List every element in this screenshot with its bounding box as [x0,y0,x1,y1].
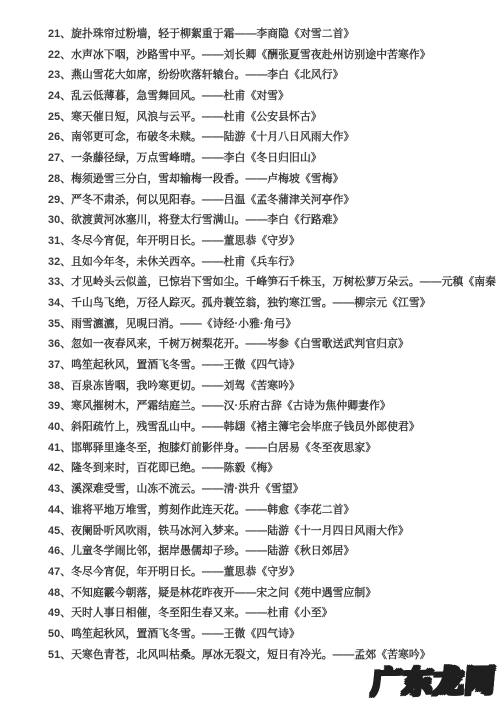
list-item: 30、欲渡黄河冰塞川，将登太行雪满山。——李白《行路难》 [48,210,496,231]
list-item: 40、斜阳疏竹上，残雪乱山中。——韩翃《褚主簿宅会毕庶子钱员外郎使君》 [48,417,496,438]
list-item: 28、梅须逊雪三分白，雪却输梅一段香。——卢梅坡《雪梅》 [48,169,496,190]
list-item: 43、溪深难受雪，山冻不流云。——清·洪升《雪望》 [48,479,496,500]
list-item: 38、百泉冻皆咽，我吟寒更切。——刘驾《苦寒吟》 [48,376,496,397]
list-item: 41、邯郸驿里逢冬至，抱膝灯前影伴身。——白居易《冬至夜思家》 [48,438,496,459]
list-item: 32、且如今年冬，未休关西卒。——杜甫《兵车行》 [48,252,496,273]
list-item: 21、旋扑珠帘过粉墙，轻于柳絮重于霜——李商隐《对雪二首》 [48,24,496,45]
list-item: 29、严冬不肃杀，何以见阳春。——吕温《孟冬蒲津关河亭作》 [48,190,496,211]
list-item: 34、千山鸟飞绝，万径人踪灭。孤舟蓑笠翁，独钓寒江雪。——柳宗元《江雪》 [48,293,496,314]
list-item: 45、夜阑卧听风吹雨，铁马冰河入梦来。——陆游《十一月四日风雨大作》 [48,521,496,542]
list-item: 50、鸣笙起秋风，置酒飞冬雪。——王微《四气诗》 [48,624,496,645]
document-page: 21、旋扑珠帘过粉墙，轻于柳絮重于霜——李商隐《对雪二首》22、水声冰下咽，沙路… [0,0,500,707]
list-item: 44、谁将平地万堆雪，剪刻作此连天花。——韩愈《李花二首》 [48,500,496,521]
list-item: 37、鸣笙起秋风，置酒飞冬雪。——王微《四气诗》 [48,355,496,376]
list-item: 35、雨雪瀌瀌，见晛曰消。——《诗经·小雅·角弓》 [48,314,496,335]
quote-list: 21、旋扑珠帘过粉墙，轻于柳絮重于霜——李商隐《对雪二首》22、水声冰下咽，沙路… [48,24,496,665]
list-item: 22、水声冰下咽，沙路雪中平。——刘长卿《酬张夏雪夜赴州访别途中苦寒作》 [48,45,496,66]
list-item: 49、天时人事日相催，冬至阳生春又来。——杜甫《小至》 [48,603,496,624]
list-item: 42、隆冬到来时，百花即已绝。——陈毅《梅》 [48,458,496,479]
list-item: 31、冬尽今宵促，年开明日长。——董思恭《守岁》 [48,231,496,252]
list-item: 46、儿童冬学闹比邻，据岸愚儒却子珍。——陆游《秋日郊居》 [48,541,496,562]
list-item: 27、一条藤径绿，万点雪峰晴。——李白《冬日归旧山》 [48,148,496,169]
list-item: 23、燕山雪花大如席，纷纷吹落轩辕台。——李白《北风行》 [48,65,496,86]
list-item: 39、寒风摧树木，严霜结庭兰。——汉·乐府古辞《古诗为焦仲卿妻作》 [48,396,496,417]
list-item: 47、冬尽今宵促，年开明日长。——董思恭《守岁》 [48,562,496,583]
list-item: 24、乱云低薄暮，急雪舞回风。——杜甫《对雪》 [48,86,496,107]
list-item: 25、寒天催日短，风浪与云平。——杜甫《公安县怀古》 [48,107,496,128]
list-item: 48、不知庭霰今朝落，疑是林花昨夜开——宋之问《苑中遇雪应制》 [48,583,496,604]
list-item: 36、忽如一夜春风来，千树万树梨花开。——岑参《白雪歌送武判官归京》 [48,334,496,355]
watermark-logo: 广东龙网 [370,656,498,702]
list-item: 26、南邻更可念，布破冬未赎。——陆游《十月八日风雨大作》 [48,127,496,148]
list-item: 33、才见岭头云似盖，已惊岩下雪如尘。千峰笋石千株玉，万树松萝万朵云。——元稹《… [48,272,496,293]
